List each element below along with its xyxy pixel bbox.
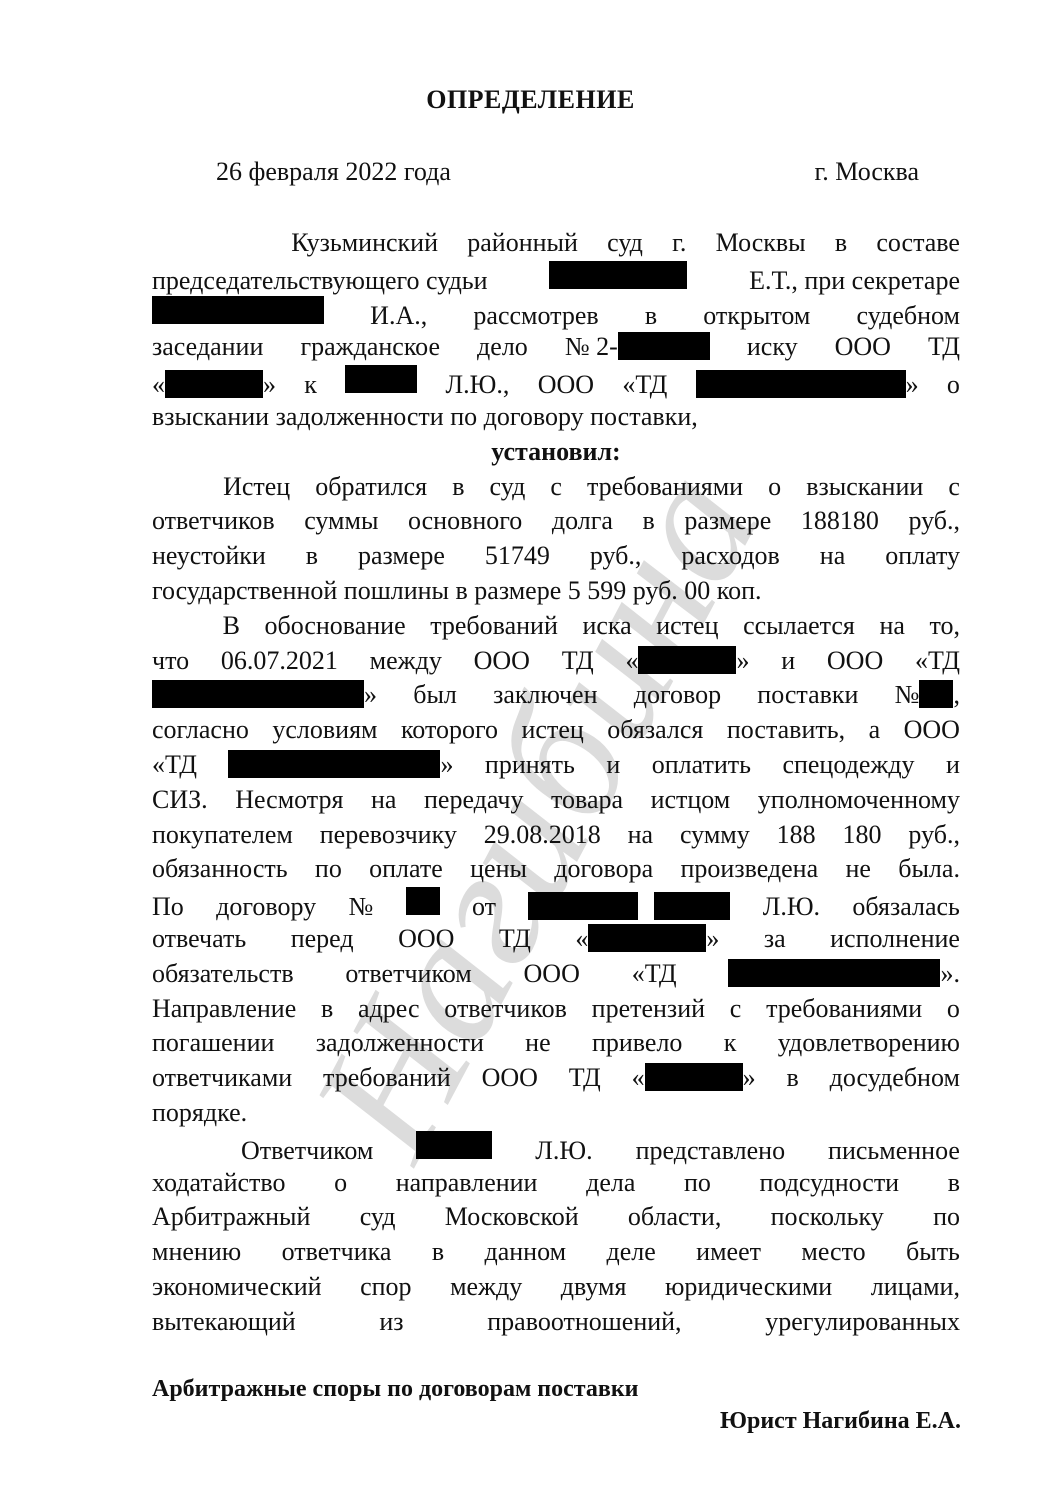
text-line: взыскании задолженности по договору пост… — [152, 400, 960, 435]
redaction-block — [345, 365, 417, 393]
text-line: экономическийспормеждудвумяюридическимил… — [152, 1270, 960, 1305]
text-line: порядке. — [152, 1096, 960, 1131]
document-date: 26 февраля 2022 года — [216, 157, 451, 187]
redaction-block — [152, 296, 324, 324]
text-line: мнениюответчикавданномделеимеетместобыть — [152, 1235, 960, 1270]
text-line: председательствующего судьиЕ.Т., при сек… — [152, 261, 960, 296]
redaction-block — [919, 680, 953, 708]
redaction-block — [696, 370, 906, 398]
text-line: «ТД»принятьиоплатитьспецодеждуи — [152, 748, 960, 783]
text-line: Истецобратилсявсудстребованиямиовзыскани… — [152, 470, 960, 505]
text-line: вытекающийизправоотношений,урегулированн… — [152, 1305, 960, 1340]
redaction-block — [528, 892, 638, 920]
text-line: ходатайствоонаправленииделапоподсудности… — [152, 1166, 960, 1201]
text-line: покупателемперевозчику29.08.2018насумму1… — [152, 818, 960, 853]
redaction-block — [549, 261, 687, 289]
text-line: отвечатьпередОООТД«»заисполнение — [152, 922, 960, 957]
text-line: государственной пошлины в размере 5 599 … — [152, 574, 960, 609]
text-line: ответчиковсуммыосновногодолгавразмере188… — [152, 504, 960, 539]
text-line: »былзаключендоговорпоставки№, — [152, 678, 960, 713]
text-line: обязанностьпооплатеценыдоговорапроизведе… — [152, 852, 960, 887]
redaction-block — [638, 646, 736, 674]
text-line: Направлениевадресответчиковпретензийстре… — [152, 992, 960, 1027]
document-page: Нагибина ОПРЕДЕЛЕНИЕ 26 февраля 2022 год… — [0, 0, 1061, 1500]
redaction-block — [165, 370, 263, 398]
redaction-block — [152, 680, 364, 708]
text-line: погашениизадолженностинепривелокудовлетв… — [152, 1026, 960, 1061]
document-city: г. Москва — [815, 157, 920, 187]
redaction-block — [416, 1131, 492, 1159]
redaction-block — [406, 887, 440, 915]
text-line: АрбитражныйсудМосковскойобласти,поскольк… — [152, 1200, 960, 1235]
text-line: ответчикамитребованийОООТД«»вдосудебном — [152, 1061, 960, 1096]
text-line: заседаниигражданскоедело№ 2-искуОООТД — [152, 330, 960, 365]
redaction-block — [588, 924, 706, 952]
text-line: Вобоснованиетребованийискаистецссылается… — [152, 609, 960, 644]
text-line: что06.07.2021междуОООТД«»иООО«ТД — [152, 644, 960, 679]
footer-author: Юрист Нагибина Е.А. — [720, 1408, 961, 1435]
section-heading: установил: — [152, 435, 960, 470]
text-line: Кузьминскийрайонныйсудг.Москвывсоставе — [152, 226, 960, 261]
redaction-block — [645, 1063, 743, 1091]
text-line: «»кЛ.Ю.,ООО«ТД»о — [152, 365, 960, 400]
document-title: ОПРЕДЕЛЕНИЕ — [0, 85, 1061, 115]
text-line: СИЗ.Несмотрянапередачутовараистцомуполно… — [152, 783, 960, 818]
document-body: Кузьминскийрайонныйсудг.Москвывсоставе п… — [152, 226, 960, 1340]
redaction-block — [728, 959, 940, 987]
redaction-block — [654, 892, 730, 920]
text-line: Подоговору№отЛ.Ю.обязалась — [152, 887, 960, 922]
text-line: согласноусловиямкоторогоистецобязалсяпос… — [152, 713, 960, 748]
redaction-block — [228, 750, 440, 778]
text-line: ОтветчикомЛ.Ю.представленописьменное — [152, 1131, 960, 1166]
text-line: И.А.,рассмотреввоткрытомсудебном — [152, 296, 960, 331]
footer-topic: Арбитражные споры по договорам поставки — [152, 1376, 638, 1403]
redaction-block — [618, 332, 710, 360]
text-line: неустойкивразмере51749руб.,расходовнаопл… — [152, 539, 960, 574]
text-line: обязательствответчикомООО«ТД». — [152, 957, 960, 992]
